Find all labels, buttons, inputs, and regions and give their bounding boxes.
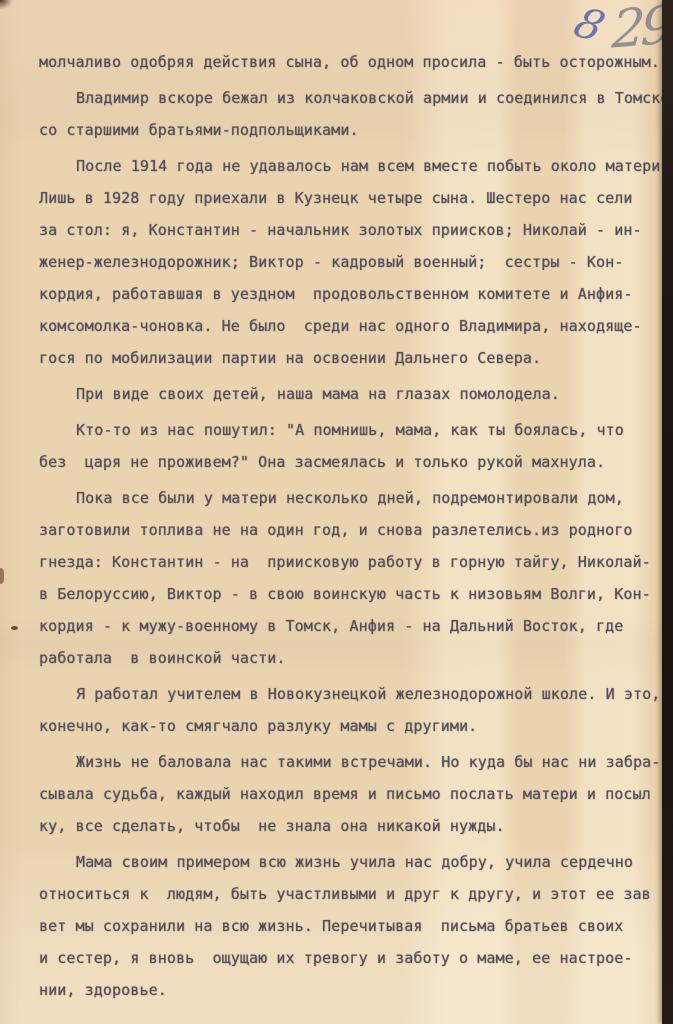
handwritten-ink-number: 8 [569, 2, 611, 49]
text-line: гося по мобилизации партии на освоении Д… [39, 342, 667, 374]
text-line: молчаливо одобряя действия сына, об одно… [39, 46, 667, 78]
text-line: ку, все сделать, чтобы не знала она ника… [39, 810, 667, 842]
text-line: работала в воинской части. [39, 642, 667, 674]
text-line: женер-железнодорожник; Виктор - кадровый… [39, 246, 667, 278]
text-line: После 1914 года не удавалось нам всем вм… [39, 150, 667, 182]
text-line: Владимир вскоре бежал из колчаковской ар… [39, 82, 667, 114]
scan-edge-right [662, 0, 673, 1024]
text-line: со старшими братьями-подпольщиками. [39, 114, 667, 146]
text-line: гнезда: Константин - на приисковую работ… [39, 546, 667, 578]
text-line: При виде своих детей, наша мама на глаза… [39, 378, 667, 410]
text-line: вет мы сохранили на всю жизнь. Перечитыв… [39, 910, 667, 942]
text-line: и сестер, я вновь ощущаю их тревогу и за… [39, 942, 667, 974]
text-line: кордия, работавшая в уездном продовольст… [39, 278, 667, 310]
text-line: в Белоруссию, Виктор - в свою воинскую ч… [39, 578, 667, 610]
scan-corner-shadow [0, 0, 12, 9]
text-line: Мама своим примером всю жизнь учила нас … [39, 846, 667, 878]
text-line: Я работал учителем в Новокузнецкой желез… [39, 678, 667, 710]
paper-speck [11, 626, 18, 630]
text-line: без царя не проживем?" Она засмеялась и … [39, 446, 667, 478]
text-line: нии, здоровье. [39, 974, 667, 1006]
text-line: сывала судьба, каждый находил время и пи… [39, 778, 667, 810]
text-line: Кто-то из нас пошутил: "А помнишь, мама,… [39, 414, 667, 446]
text-line: за стол: я, Константин - начальник золот… [39, 214, 667, 246]
typewritten-text-block: молчаливо одобряя действия сына, об одно… [39, 46, 667, 1006]
text-line: Лишь в 1928 году приехали в Кузнецк четы… [39, 182, 667, 214]
document-scan-page: 8 29 молчаливо одобряя действия сына, об… [0, 0, 673, 1024]
text-line: Жизнь не баловала нас такими встречами. … [39, 746, 667, 778]
scan-edge-mark [0, 568, 4, 584]
text-line: Пока все были у матери несколько дней, п… [39, 482, 667, 514]
text-line: конечно, как-то смягчало разлуку мамы с … [39, 710, 667, 742]
text-line: заготовили топлива не на один год, и сно… [39, 514, 667, 546]
text-line: относиться к людям, быть участливыми и д… [39, 878, 667, 910]
text-line: кордия - к мужу-военному в Томск, Анфия … [39, 610, 667, 642]
text-line: комсомолка-чоновка. Не было среди нас од… [39, 310, 667, 342]
